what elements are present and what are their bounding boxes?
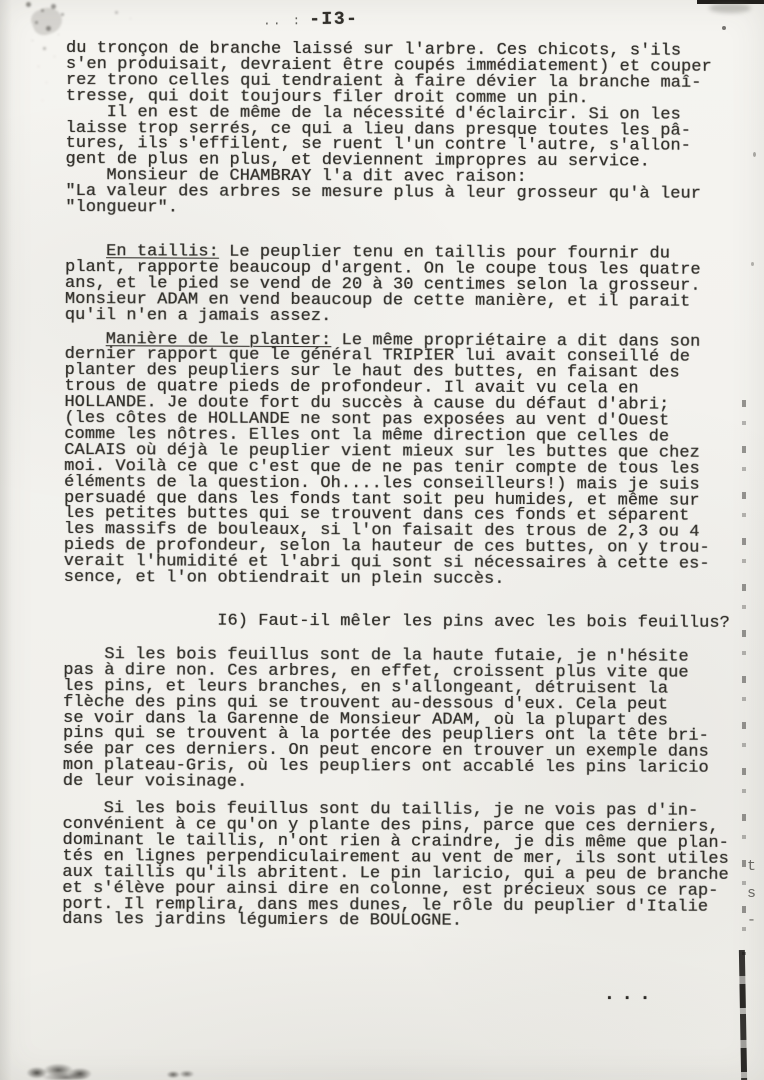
paragraph-en-taillis: En taillis: Le peuplier tenu en taillis … (65, 244, 755, 327)
ink-smudge-bottom-left (26, 1062, 98, 1080)
scanned-page: .. : -I3- du tronçon de branche laissé s… (0, 0, 764, 1080)
paragraph-haute-futaie: Si les bois feuillus sont de la haute fu… (63, 647, 754, 793)
paragraph-taillis-pins: Si les bois feuillus sont du taillis, je… (62, 801, 753, 931)
paragraph-maniere-de-le-planter: Manière de le planter: Le même propriéta… (64, 331, 755, 589)
page-number-prefix-marks: .. : (263, 13, 302, 28)
paragraph-chicots: du tronçon de branche laissé sur l'arbre… (66, 41, 756, 108)
underlined-lead: Manière de le planter: (106, 330, 332, 350)
scan-edge-line-right-bottom (739, 950, 747, 1080)
page-header: .. : -I3- (263, 10, 359, 31)
scan-edge-shade-left (0, 0, 12, 1080)
ink-speck (722, 26, 726, 30)
heading-question-16: I6) Faut-il mêler les pins avec les bois… (63, 613, 753, 632)
page-number: -I3- (309, 10, 358, 31)
document-text: du tronçon de branche laissé sur l'arbre… (62, 41, 756, 931)
paragraph-eclaircir: Il en est de même de la nécessité d'écla… (65, 105, 755, 172)
ink-smudge-bottom-center (163, 1068, 197, 1080)
paragraph-quotation: "La valeur des arbres se mesure plus à l… (65, 184, 755, 219)
underlined-lead: En taillis: (106, 242, 219, 261)
scan-edge-mark-top-right (697, 0, 764, 4)
continuation-dots: ... (604, 985, 657, 1005)
